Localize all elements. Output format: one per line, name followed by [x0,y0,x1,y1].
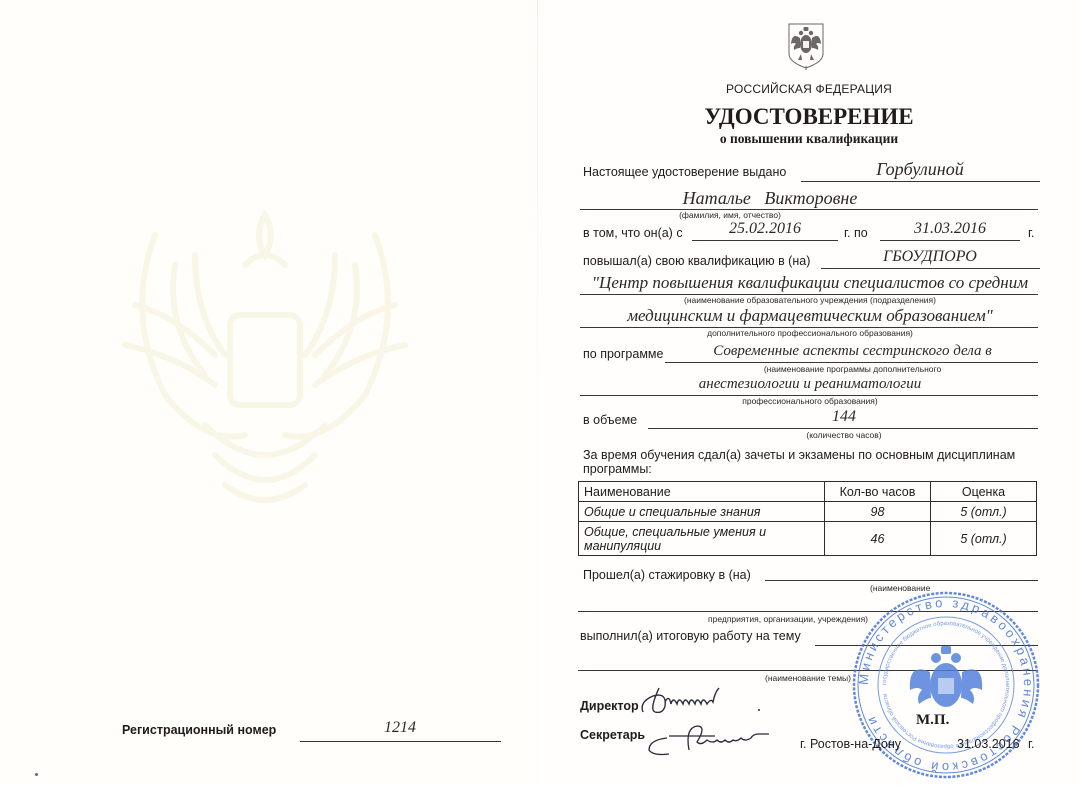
registration-number-label: Регистрационный номер [122,723,276,737]
volume-caption: (количество часов) [648,430,1040,440]
date-to-underline [880,240,1020,241]
period-from-label: в том, что он(а) с [583,226,683,240]
program-label: по программе [583,347,663,361]
discipline-name: Общие, специальные умения и манипуляции [579,522,825,556]
internship-underline [765,580,1038,581]
registration-number-value: 1214 [300,719,500,737]
institution-name-line1: "Центр повышения квалификации специалист… [580,273,1040,293]
country-name: РОССИЙСКАЯ ФЕДЕРАЦИЯ [538,82,1080,96]
eagle-watermark-icon [95,195,435,525]
program-caption2: профессионального образования) [580,396,1040,406]
institution-label: повышал(а) свою квалификацию в (на) [583,254,810,268]
institution-name-line2: медицинским и фармацевтическим образован… [580,306,1040,326]
discipline-hours: 46 [825,522,931,556]
table-row: Общие, специальные умения и манипуляции … [579,522,1037,556]
secretary-signature [645,720,805,760]
registration-number-underline [300,741,501,742]
volume-underline [648,428,1038,429]
date-from-underline [692,240,838,241]
document-title: УДОСТОВЕРЕНИЕ [538,104,1080,130]
program-line1-underline [665,362,1038,363]
discipline-grade: 5 (отл.) [931,522,1037,556]
grades-table: Наименование Кол-во часов Оценка Общие и… [578,481,1037,556]
secretary-label: Секретарь [580,728,645,742]
document-subtitle: о повышении квалификации [538,131,1080,147]
exams-intro: За время обучения сдал(а) зачеты и экзам… [583,448,1041,476]
program-name-line2: анестезиологии и реаниматологии [580,376,1040,393]
period-suffix: г. [1028,226,1035,240]
internship-caption2: предприятия, организации, учреждения) [708,614,868,624]
director-signature [635,680,770,720]
column-header-name: Наименование [579,482,825,502]
full-name-caption: (фамилия, имя, отчество) [580,210,880,220]
institution-caption2: дополнительного профессионального образо… [580,328,1040,338]
issued-to-label: Настоящее удостоверение выдано [583,165,786,179]
issue-date-suffix: г. [1028,737,1035,751]
institution-caption1: (наименование образовательного учреждени… [580,295,1040,305]
recipient-surname: Горбулиной [800,159,1040,180]
period-to-label: г. по [844,226,868,240]
left-page: Регистрационный номер 1214 [0,0,538,785]
date-to: 31.03.2016 [880,220,1020,238]
russian-coat-of-arms-icon [787,22,825,70]
program-name-line1: Современные аспекты сестринского дела в [665,343,1040,360]
volume-hours: 144 [648,408,1040,426]
official-seal-stamp: Министерство здравоохранения Ростовской … [848,590,1044,780]
ink-speck [35,773,38,776]
recipient-given-names: Наталье Викторовне [580,188,960,209]
institution-short-underline [821,268,1040,269]
table-row: Общие и специальные знания 98 5 (отл.) [579,502,1037,522]
volume-label: в объеме [583,413,637,427]
final-work-label: выполнил(а) итоговую работу на тему [580,629,801,643]
column-header-grade: Оценка [931,482,1037,502]
date-from: 25.02.2016 [692,220,838,238]
institution-short-name: ГБОУДПОРО [820,248,1040,266]
final-work-caption: (наименование темы) [765,673,851,683]
discipline-hours: 98 [825,502,931,522]
internship-label: Прошел(а) стажировку в (на) [583,568,751,582]
discipline-grade: 5 (отл.) [931,502,1037,522]
director-label: Директор [580,699,639,713]
issue-city: г. Ростов-на-Дону [800,737,901,751]
surname-underline [801,181,1040,182]
program-caption1: (наименование программы дополнительного [665,364,1040,374]
discipline-name: Общие и специальные знания [579,502,825,522]
table-header-row: Наименование Кол-во часов Оценка [579,482,1037,502]
column-header-hours: Кол-во часов [825,482,931,502]
seal-place-label: М.П. [916,712,949,729]
issue-date: 31.03.2016 [957,737,1020,751]
